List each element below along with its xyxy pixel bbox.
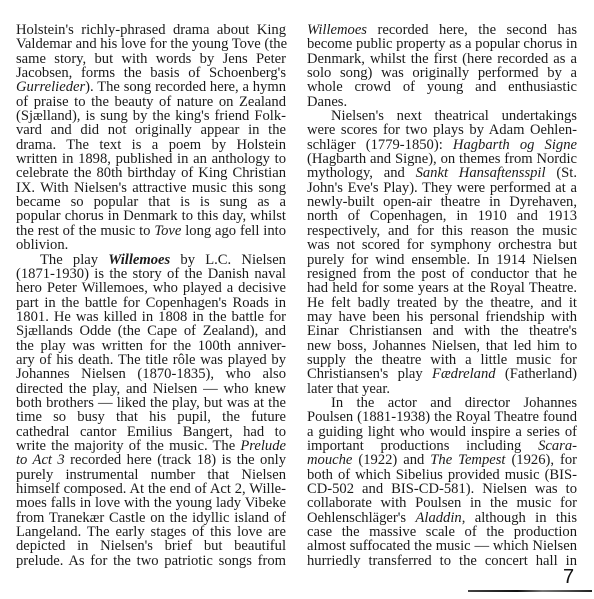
work-title: mouche	[307, 452, 352, 468]
text-line: Danes.	[307, 95, 577, 109]
text-line: time so busy that his pupil, the future	[16, 410, 286, 424]
text-line: both brothers — liked the play, but was …	[16, 396, 286, 410]
text-line: were scores for two plays by Adam Oehlen…	[307, 123, 577, 137]
text-line: mouche (1922) and The Tempest (1926), fo…	[307, 453, 577, 467]
text-line: both of which Sibelius provided music (B…	[307, 468, 577, 482]
text-line: may have been his personal friendship wi…	[307, 310, 577, 324]
work-title: Fædreland	[432, 366, 496, 382]
text-line: (1871-1930) is the story of the Danish n…	[16, 267, 286, 281]
text-line: collaborate with Poulsen in the music fo…	[307, 496, 577, 510]
text-line: to Act 3 recorded here (track 18) is the…	[16, 453, 286, 467]
text-line: had held for some years at the Royal The…	[307, 281, 577, 295]
text-line: Willemoes recorded here, the second has	[307, 23, 577, 37]
text-line: CD-502 and BIS-CD-581). Nielsen was to	[307, 482, 577, 496]
text-line: a guiding light who would inspire a seri…	[307, 425, 577, 439]
work-title: Tove	[154, 223, 181, 239]
right-column: Willemoes recorded here, the second has …	[307, 23, 577, 568]
work-title: to Act 3	[16, 452, 65, 468]
text-line: become public property as a popular chor…	[307, 37, 577, 51]
text-line: supply the theatre with a little music f…	[307, 353, 577, 367]
text-line: same story, but with words by Jens Peter	[16, 52, 286, 66]
left-column: Holstein's richly-phrased drama about Ki…	[16, 23, 286, 568]
text-line: celebrate the 80th birthday of King Chri…	[16, 166, 286, 180]
text-line: later that year.	[307, 382, 577, 396]
text-line: the play was written for the 100th anniv…	[16, 339, 286, 353]
page-number: 7	[563, 566, 574, 589]
text-line: solo song) was originally performed by a	[307, 66, 577, 80]
text-line: whole crowd of young and enthusiastic	[307, 80, 577, 94]
text-line: Valdemar and his love for the young Tove…	[16, 37, 286, 51]
text-line: resigned from the post of conductor that…	[307, 267, 577, 281]
text-line: almost suffocated the music — which Niel…	[307, 539, 577, 553]
text-line: 1801. He was killed in 1808 in the battl…	[16, 310, 286, 324]
text-line: purely for wind ensemble. In 1914 Nielse…	[307, 253, 577, 267]
text-line: cathedral cantor Emilius Bangert, had to	[16, 425, 286, 439]
text-line: He felt badly treated by the theatre, an…	[307, 296, 577, 310]
text-line: part in the battle for Copenhagen's Road…	[16, 296, 286, 310]
text-line: Denmark, whilst the first (here recorded…	[307, 52, 577, 66]
text-line: John's Eve's Play). They were performed …	[307, 181, 577, 195]
paragraph-start: Nielsen's next theatrical undertakings	[307, 109, 577, 123]
work-title: The Tempest	[430, 452, 505, 468]
text-line: directed the play, and Nielsen — who kne…	[16, 382, 286, 396]
text-line: important productions including Scara-	[307, 439, 577, 453]
bottom-rule-divider	[468, 590, 592, 592]
text-line: (Sjælland), is sung by the king's friend…	[16, 109, 286, 123]
text-line: Oehlenschläger's Aladdin, although in th…	[307, 511, 577, 525]
text-line: Sjællands Odde (the Cape of Zealand), an…	[16, 324, 286, 338]
text-line: IX. With Nielsen's attractive music this…	[16, 181, 286, 195]
text-line: the rest of the music to Tove long ago f…	[16, 224, 286, 238]
text-line: Langeland. The early stages of this love…	[16, 525, 286, 539]
text-line: oblivion.	[16, 238, 286, 252]
text-line: newly-built open-air theatre in Dyrehave…	[307, 195, 577, 209]
text-line: Johannes Nielsen (1870-1835), who also	[16, 367, 286, 381]
text-line: Poulsen (1881-1938) the Royal Theatre fo…	[307, 410, 577, 424]
text-line: Christiansen's play Fædreland (Fatherlan…	[307, 367, 577, 381]
text-line: write the majority of the music. The Pre…	[16, 439, 286, 453]
text-line: new boss, Johannes Nielsen, that led him…	[307, 339, 577, 353]
paragraph-start: In the actor and director Johannes	[307, 396, 577, 410]
text-line: himself composed. At the end of Act 2, W…	[16, 482, 286, 496]
text-line: schläger (1779-1850): Hagbarth og Signe	[307, 138, 577, 152]
text-line: mythology, and Sankt Hansaftensspil (St.	[307, 166, 577, 180]
document-page: Holstein's richly-phrased drama about Ki…	[0, 0, 594, 599]
text-line: prelude. As for the two patriotic songs …	[16, 554, 286, 568]
text-line: popular chorus in Denmark to this day, w…	[16, 209, 286, 223]
text-line: drama. The text is a poem by Holstein	[16, 138, 286, 152]
text-line: moes falls in love with the young lady V…	[16, 496, 286, 510]
text-line: purely instrumental number that Nielsen	[16, 468, 286, 482]
text-line: from Tranekær Castle on the idyllic isla…	[16, 511, 286, 525]
text-line: Gurrelieder). The song recorded here, a …	[16, 80, 286, 94]
text-line: case the massive scale of the production	[307, 525, 577, 539]
text-line: hero Peter Willemoes, who played a decis…	[16, 281, 286, 295]
text-line: depicted in Nielsen's brief but beautifu…	[16, 539, 286, 553]
text-line: written in 1898, published in an antholo…	[16, 152, 286, 166]
text-line: Holstein's richly-phrased drama about Ki…	[16, 23, 286, 37]
text-line: of praise to the beauty of nature on Zea…	[16, 95, 286, 109]
text-line: hurriedly transferred to the concert hal…	[307, 554, 577, 568]
text-line: ary of his death. The title rôle was pla…	[16, 353, 286, 367]
text-line: Jacobsen, forms the basis of Schoenberg'…	[16, 66, 286, 80]
paragraph-start: The play Willemoes by L.C. Nielsen	[16, 253, 286, 267]
text-line: vard and did not originally appear in th…	[16, 123, 286, 137]
text-line: was not scored for symphony orchestra bu…	[307, 238, 577, 252]
text-line: became so popular that is is sung as a	[16, 195, 286, 209]
text-line: (Hagbarth and Signe), on themes from Nor…	[307, 152, 577, 166]
text-line: north of Copenhagen, in 1910 and 1913	[307, 209, 577, 223]
text-line: respectively, and for this reason the mu…	[307, 224, 577, 238]
text-line: Einar Christiansen and with the theatre'…	[307, 324, 577, 338]
work-title: Gurrelieder	[16, 79, 85, 95]
